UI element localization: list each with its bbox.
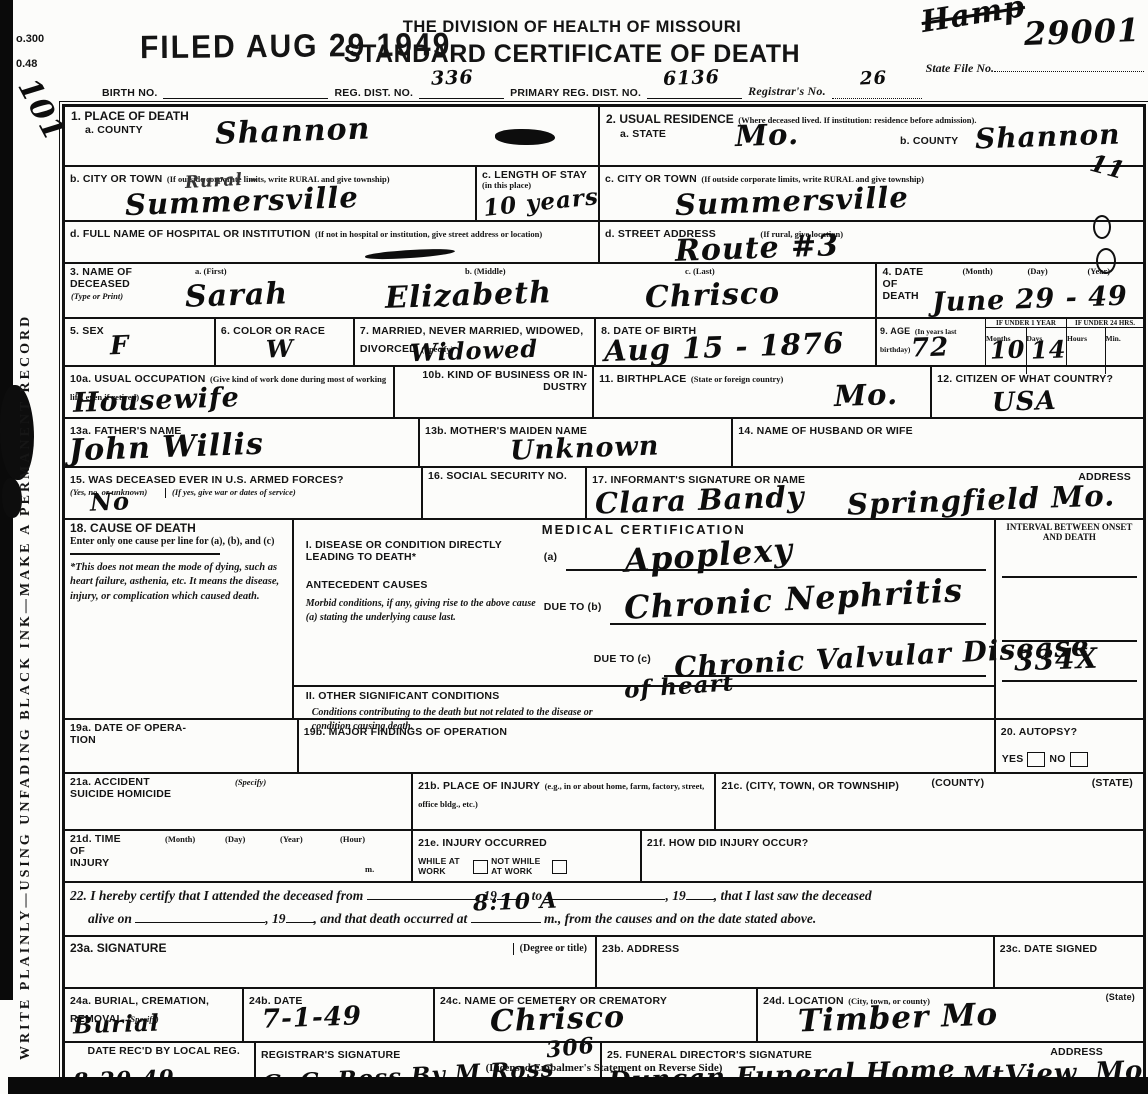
row-medical-certification: 18. CAUSE OF DEATH Enter only one cause … xyxy=(65,518,1143,718)
business-box: 10b. KIND OF BUSINESS OR IN­DUSTRY xyxy=(393,367,592,417)
row-place-residence: 1. PLACE OF DEATH a. COUNTY Shannon b. C… xyxy=(65,107,1143,262)
city-town-box: b. CITY OR TOWN (If outside corporate li… xyxy=(65,167,475,220)
division-title: THE DIVISION OF HEALTH OF MISSOURI xyxy=(292,18,852,37)
burial-location-value: Timber Mo xyxy=(798,1000,999,1038)
certificate-header: FILED AUG 29 1949 THE DIVISION OF HEALTH… xyxy=(62,0,1146,103)
cause-instr: Enter only one cause per line for (a), (… xyxy=(70,536,287,548)
autopsy-no-label: NO xyxy=(1049,753,1065,765)
accident-label: 21a. ACCIDENT SUICIDE HOMICIDE xyxy=(70,776,180,800)
antecedent-note: Morbid conditions, if any, giving rise t… xyxy=(306,597,536,624)
how-injury-label: 21f. HOW DID INJURY OCCUR? xyxy=(647,837,809,849)
birthplace-box: 11. BIRTHPLACE (State or foreign country… xyxy=(592,367,930,417)
medical-certification-title: MEDICAL CERTIFICATION xyxy=(294,520,994,537)
hospital-note: (If not in hospital or institution, give… xyxy=(315,229,542,239)
row-parents: 13a. FATHER'S NAME John Willis 13b. MOTH… xyxy=(65,417,1143,466)
county-value: Shannon xyxy=(215,114,371,149)
date-of-birth-box: 8. DATE OF BIRTH Aug 15 - 1876 xyxy=(594,319,875,365)
autopsy-box: 20. AUTOPSY? YES NO xyxy=(994,720,1143,772)
place-of-death-box: 1. PLACE OF DEATH a. COUNTY Shannon b. C… xyxy=(65,107,598,262)
certificate-title: STANDARD CERTIFICATE OF DEATH xyxy=(292,40,852,69)
ssn-label: 16. SOCIAL SECURITY NO. xyxy=(428,470,580,482)
row-operation-autopsy: 19a. DATE OF OPERA­TION 19b. MAJOR FINDI… xyxy=(65,718,1143,772)
injury-day-label: (Day) xyxy=(225,835,245,845)
sex-value: F xyxy=(110,333,130,360)
operation-findings-box: 19b. MAJOR FINDINGS OF OPERATION xyxy=(297,720,994,772)
name-label: 3. NAME OF DECEASED xyxy=(70,266,160,290)
while-at-work-checkbox xyxy=(473,860,488,874)
physician-address-box: 23b. ADDRESS xyxy=(595,937,993,987)
interval-box: INTERVAL BETWEEN ONSET AND DEATH 334X xyxy=(994,520,1143,718)
citizen-label: 12. CITIZEN OF WHAT COUNTRY? xyxy=(937,373,1113,385)
cemetery-box: 24c. NAME OF CEMETERY OR CREMATORY Chris… xyxy=(433,989,756,1041)
middle-name-value: Elizabeth xyxy=(385,278,553,314)
age-days-value: 14 xyxy=(1030,337,1066,362)
operation-date-label: 19a. DATE OF OPERA­TION xyxy=(70,722,190,746)
residence-county-label: b. COUNTY xyxy=(900,135,958,147)
embalmer-note: (Licensed Embalmer's Statement on Revers… xyxy=(62,1062,1146,1074)
row-injury-time: 21d. TIME OF INJURY (Month) (Day) (Year)… xyxy=(65,829,1143,881)
father-box: 13a. FATHER'S NAME John Willis xyxy=(65,419,418,466)
first-label: a. (First) xyxy=(195,267,227,277)
not-while-at-work-label: NOT WHILE AT WORK xyxy=(491,857,549,877)
registration-line: BIRTH NO. REG. DIST. NO. 336 PRIMARY REG… xyxy=(102,84,1146,99)
city-value: Summersville xyxy=(125,183,360,220)
death-certificate-scan: o.300 0.48 101 WRITE PLAINLY—USING UNFAD… xyxy=(0,0,1148,1094)
injury-occurred-label: 21e. INJURY OCCURRED xyxy=(418,837,547,849)
degree-title-label: (Degree or title) xyxy=(513,943,587,955)
mother-value: Unknown xyxy=(510,432,660,464)
occupation-box: 10a. USUAL OCCUPATION (Give kind of work… xyxy=(65,367,393,417)
sex-box: 5. SEX F xyxy=(65,319,214,365)
place-of-injury-label: 21b. PLACE OF INJURY xyxy=(418,780,540,792)
interval-label: INTERVAL BETWEEN ONSET AND DEATH xyxy=(1001,522,1138,543)
citizen-box: 12. CITIZEN OF WHAT COUNTRY? USA xyxy=(930,367,1143,417)
other-conditions-label: II. OTHER SIGNIFICANT CONDITIONS xyxy=(306,690,500,702)
min-label: Min. xyxy=(1106,334,1121,343)
margin-number: 0.48 xyxy=(16,58,37,70)
date-signed-label: 23c. DATE SIGNED xyxy=(1000,943,1098,955)
date-signed-box: 23c. DATE SIGNED xyxy=(993,937,1143,987)
race-box: 6. COLOR OR RACE W xyxy=(214,319,353,365)
operation-findings-label: 19b. MAJOR FINDINGS OF OPERATION xyxy=(304,726,507,738)
signature-label: 23a. SIGNATURE xyxy=(70,941,166,955)
marital-value: Widowed xyxy=(410,337,539,365)
spouse-box: 14. NAME OF HUSBAND OR WIFE xyxy=(731,419,1143,466)
day-label: (Day) xyxy=(1027,267,1047,277)
physician-address-label: 23b. ADDRESS xyxy=(602,943,679,955)
date-of-death-label: 4. DATE OF DEATH xyxy=(882,266,928,302)
last-name-value: Chrisco xyxy=(645,279,781,314)
under-day-label: IF UNDER 24 HRS. xyxy=(1067,319,1143,328)
row-occupation: 10a. USUAL OCCUPATION (Give kind of work… xyxy=(65,365,1143,417)
injury-county-label: (COUNTY) xyxy=(931,777,984,789)
not-while-at-work-checkbox xyxy=(552,860,567,874)
burial-state-note: (State) xyxy=(1106,992,1135,1002)
while-at-work-label: WHILE AT WORK xyxy=(418,857,470,877)
residence-title: 2. USUAL RESIDENCE xyxy=(606,112,734,126)
operation-date-box: 19a. DATE OF OPERA­TION xyxy=(65,720,297,772)
under-year-label: IF UNDER 1 YEAR xyxy=(986,319,1066,328)
informant-name-value: Clara Bandy xyxy=(595,482,805,518)
burial-type-value: Burial xyxy=(73,1011,160,1037)
burial-type-box: 24a. BURIAL, CREMA­TION, REMOVAL (Specif… xyxy=(65,989,242,1041)
how-injury-box: 21f. HOW DID INJURY OCCUR? xyxy=(640,831,1143,881)
time-of-injury-box: 21d. TIME OF INJURY (Month) (Day) (Year)… xyxy=(65,831,411,881)
film-bottom-bar xyxy=(8,1077,1148,1094)
injury-occurred-box: 21e. INJURY OCCURRED WHILE AT WORK NOT W… xyxy=(411,831,640,881)
margin-number: o.300 xyxy=(16,33,44,45)
name-note: (Type or Print) xyxy=(71,292,123,302)
ssn-box: 16. SOCIAL SECURITY NO. xyxy=(421,468,585,518)
cause-a-label: (a) xyxy=(544,551,557,563)
time-of-injury-label: 21d. TIME OF INJURY xyxy=(70,833,125,869)
primary-reg-value: 6136 xyxy=(663,68,721,89)
row-sex-age: 5. SEX F 6. COLOR OR RACE W 7. MARRIED, … xyxy=(65,317,1143,365)
injury-year-label: (Year) xyxy=(280,835,303,845)
injury-city-label: 21c. (CITY, TOWN, OR TOWNSHIP) xyxy=(721,780,899,792)
row-burial: 24a. BURIAL, CREMA­TION, REMOVAL (Specif… xyxy=(65,987,1143,1041)
birth-no-label: BIRTH NO. xyxy=(102,87,157,99)
race-value: W xyxy=(265,337,294,362)
medical-certification-box: MEDICAL CERTIFICATION I. DISEASE OR COND… xyxy=(292,520,994,718)
funeral-director-label: 25. FUNERAL DIRECTOR'S SIGNATURE xyxy=(607,1049,812,1061)
armed-forces-value: No xyxy=(90,489,131,514)
antecedent-label: ANTECEDENT CAUSES xyxy=(306,579,428,591)
disease-label: I. DISEASE OR CONDITION DIRECTLY LEADING… xyxy=(306,539,536,563)
reg-dist-value: 336 xyxy=(431,68,474,88)
residence-state-value: Mo. xyxy=(735,120,800,151)
citizen-value: USA xyxy=(992,388,1057,416)
burial-date-box: 24b. DATE 7-1-49 xyxy=(242,989,433,1041)
funeral-address-label: ADDRESS xyxy=(1050,1046,1103,1058)
hours-label: Hours xyxy=(1067,334,1087,343)
autopsy-yes-label: YES xyxy=(1002,753,1024,765)
residence-city-value: Summersville xyxy=(675,183,910,220)
marital-box: 7. MARRIED, NEVER MARRIED, WIDOWED, DIVO… xyxy=(353,319,594,365)
row-service-informant: 15. WAS DECEASED EVER IN U.S. ARMED FORC… xyxy=(65,466,1143,518)
registrar-no-label: Registrar's No. xyxy=(748,84,826,99)
primary-reg-label: PRIMARY REG. DIST. NO. xyxy=(510,87,641,99)
age-years-value: 72 xyxy=(911,334,950,361)
month-label: (Month) xyxy=(962,267,992,277)
autopsy-yes-checkbox xyxy=(1027,752,1045,767)
cause-b-label: DUE TO (b) xyxy=(544,601,602,613)
armed-forces-label: 15. WAS DECEASED EVER IN U.S. ARMED FORC… xyxy=(70,474,344,486)
last-label: c. (Last) xyxy=(685,267,715,277)
injury-m-label: m. xyxy=(365,865,374,875)
ink-blob xyxy=(495,129,555,145)
residence-city-label: c. CITY OR TOWN xyxy=(605,173,697,185)
cause-c-label: DUE TO (c) xyxy=(594,653,651,665)
row-certify-statement: 22. I hereby certify that I attended the… xyxy=(65,881,1143,935)
ink-blob xyxy=(365,247,455,261)
birthplace-label: 11. BIRTHPLACE xyxy=(599,373,686,385)
row-name-date: 3. NAME OF DECEASED (Type or Print) a. (… xyxy=(65,262,1143,317)
age-label: 9. AGE xyxy=(880,326,910,336)
accident-box: 21a. ACCIDENT SUICIDE HOMICIDE (Specify) xyxy=(65,774,411,829)
residence-county-value: Shannon xyxy=(975,120,1121,153)
row-injury-place: 21a. ACCIDENT SUICIDE HOMICIDE (Specify)… xyxy=(65,772,1143,829)
name-of-deceased-box: 3. NAME OF DECEASED (Type or Print) a. (… xyxy=(65,264,875,317)
certificate-form: 1. PLACE OF DEATH a. COUNTY Shannon b. C… xyxy=(62,104,1146,1094)
hospital-label: d. FULL NAME OF HOSPITAL OR INSTITUTION xyxy=(70,228,311,240)
autopsy-no-checkbox xyxy=(1070,752,1088,767)
business-label: 10b. KIND OF BUSINESS OR IN­DUSTRY xyxy=(400,369,587,393)
informant-address-value: Springfield Mo. xyxy=(847,481,1116,519)
injury-month-label: (Month) xyxy=(165,835,195,845)
dob-value: Aug 15 - 1876 xyxy=(604,329,845,366)
armed-forces-note2: (If yes, give war or dates of service) xyxy=(165,488,296,498)
birthplace-note: (State or foreign country) xyxy=(691,374,783,384)
birth-no-blank xyxy=(163,85,328,99)
row-physician-signature: 23a. SIGNATURE (Degree or title) 23b. AD… xyxy=(65,935,1143,987)
sex-label: 5. SEX xyxy=(70,325,104,337)
state-file-number: 29001 xyxy=(1023,14,1140,50)
middle-label: b. (Middle) xyxy=(465,267,506,277)
injury-location-box: 21c. (CITY, TOWN, OR TOWNSHIP) (COUNTY) … xyxy=(714,774,1143,829)
birthplace-value: Mo. xyxy=(834,380,899,411)
length-of-stay-box: c. LENGTH OF STAY (in this place) 10 yea… xyxy=(475,167,598,220)
cause-of-death-box: 18. CAUSE OF DEATH Enter only one cause … xyxy=(65,520,292,718)
occupation-value: Housewife xyxy=(73,384,241,417)
registrar-no-value: 26 xyxy=(860,70,888,89)
father-value: John Willis xyxy=(69,430,265,467)
spouse-label: 14. NAME OF HUSBAND OR WIFE xyxy=(738,425,913,437)
burial-date-value: 7-1-49 xyxy=(262,1003,363,1032)
registrar-signature-label: REGISTRAR'S SIGNATURE xyxy=(261,1049,401,1061)
time-of-death-value: 8:10 A xyxy=(472,889,557,914)
injury-state-label: (STATE) xyxy=(1092,777,1133,789)
cause-note: *This does not mean the mode of dying, s… xyxy=(70,561,287,604)
injury-hour-label: (Hour) xyxy=(340,835,365,845)
cemetery-value: Chrisco xyxy=(490,1003,626,1038)
place-of-injury-box: 21b. PLACE OF INJURY (e.g., in or about … xyxy=(411,774,714,829)
handwritten-surname: Hamp xyxy=(920,0,1028,38)
date-received-label: DATE REC'D BY LOCAL REG. xyxy=(70,1045,240,1057)
accident-note: (Specify) xyxy=(235,778,266,788)
cause-b-value: Chronic Nephritis xyxy=(623,574,963,624)
year-label: (Year) xyxy=(1087,267,1110,277)
informant-box: 17. INFORMANT'S SIGNATURE OR NAME ADDRES… xyxy=(585,468,1143,518)
certify-statement: 22. I hereby certify that I attended the… xyxy=(65,883,1143,935)
date-of-death-value: June 29 - 49 xyxy=(932,283,1129,317)
date-of-death-box: 4. DATE OF DEATH (Month) (Day) (Year) Ju… xyxy=(875,264,1143,317)
mother-box: 13b. MOTHER'S MAIDEN NAME Unknown xyxy=(418,419,731,466)
age-box: 9. AGE (In years last birthday) 72 IF UN… xyxy=(875,319,1143,365)
cause-label: 18. CAUSE OF DEATH xyxy=(70,522,287,536)
autopsy-label: 20. AUTOPSY? xyxy=(1001,726,1078,738)
state-file-label: State File No. xyxy=(926,58,1144,76)
signature-box: 23a. SIGNATURE (Degree or title) xyxy=(65,937,595,987)
residence-city-box: c. CITY OR TOWN (If outside corporate li… xyxy=(600,167,1143,220)
interval-c-value: 334X xyxy=(1013,645,1098,676)
reg-dist-label: REG. DIST. NO. xyxy=(334,87,413,99)
city-label: b. CITY OR TOWN xyxy=(70,173,162,185)
margin-instruction: WRITE PLAINLY—USING UNFADING BLACK INK—M… xyxy=(18,120,34,1060)
usual-residence-box: 2. USUAL RESIDENCE (Where deceased lived… xyxy=(598,107,1143,262)
armed-forces-box: 15. WAS DECEASED EVER IN U.S. ARMED FORC… xyxy=(65,468,421,518)
age-months-value: 10 xyxy=(990,337,1026,362)
first-name-value: Sarah xyxy=(185,279,289,313)
burial-location-box: 24d. LOCATION (City, town, or county) (S… xyxy=(756,989,1143,1041)
